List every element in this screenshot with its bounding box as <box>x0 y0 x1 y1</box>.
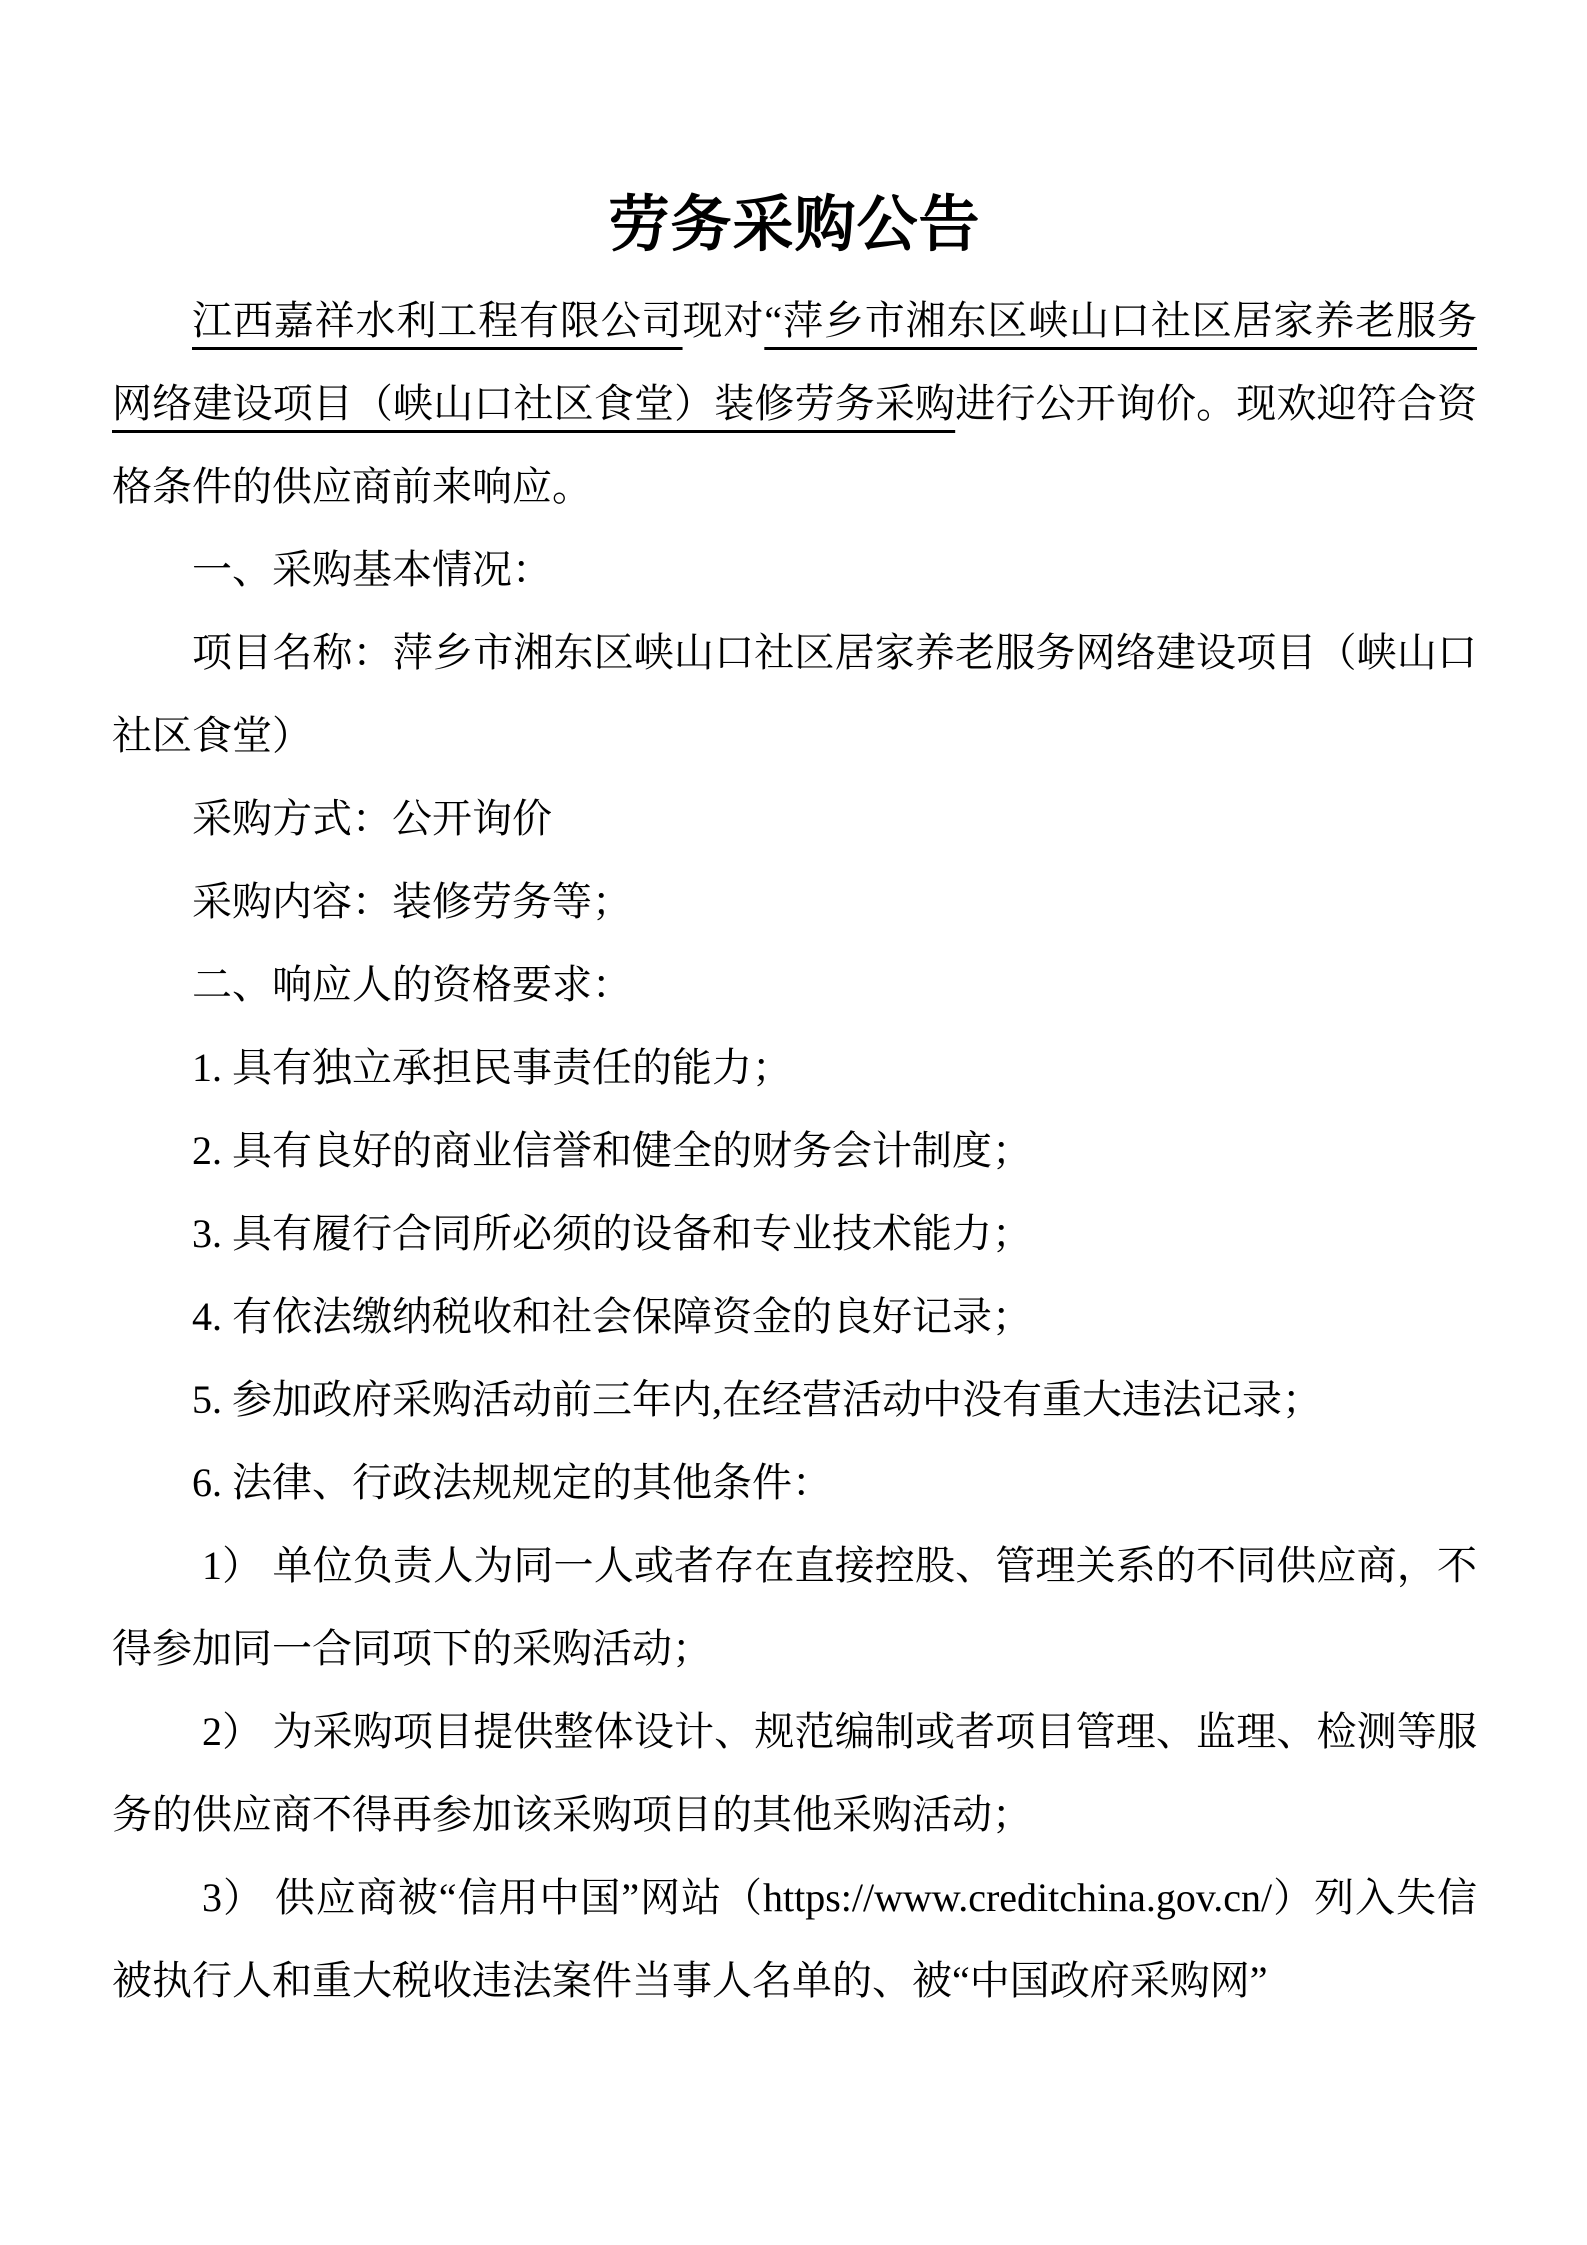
requirement-subitem-1: 1） 单位负责人为同一人或者存在直接控股、管理关系的不同供应商，不得参加同一合同… <box>112 1524 1477 1690</box>
document-content: 劳务采购公告 江西嘉祥水利工程有限公司现对“萍乡市湘东区峡山口社区居家养老服务网… <box>112 193 1477 2022</box>
requirement-item-1: 1. 具有独立承担民事责任的能力； <box>112 1026 1477 1109</box>
section1-content: 采购内容：装修劳务等； <box>112 860 1477 943</box>
requirement-item-2: 2. 具有良好的商业信誉和健全的财务会计制度； <box>112 1109 1477 1192</box>
section2-heading: 二、响应人的资格要求： <box>112 943 1477 1026</box>
section1-heading: 一、采购基本情况： <box>112 528 1477 611</box>
intro-connector: 现对 <box>683 298 765 343</box>
intro-paragraph: 江西嘉祥水利工程有限公司现对“萍乡市湘东区峡山口社区居家养老服务网络建设项目（峡… <box>112 279 1477 528</box>
requirement-item-3: 3. 具有履行合同所必须的设备和专业技术能力； <box>112 1192 1477 1275</box>
requirement-item-4: 4. 有依法缴纳税收和社会保障资金的良好记录； <box>112 1275 1477 1358</box>
requirement-item-6: 6. 法律、行政法规规定的其他条件： <box>112 1441 1477 1524</box>
requirement-subitem-2: 2） 为采购项目提供整体设计、规范编制或者项目管理、监理、检测等服务的供应商不得… <box>112 1690 1477 1856</box>
section1-method: 采购方式：公开询价 <box>112 777 1477 860</box>
requirement-item-5: 5. 参加政府采购活动前三年内,在经营活动中没有重大违法记录； <box>112 1358 1477 1441</box>
requirement-subitem-3: 3） 供应商被“信用中国”网站（https://www.creditchina.… <box>112 1856 1477 2022</box>
section1-project-name: 项目名称：萍乡市湘东区峡山口社区居家养老服务网络建设项目（峡山口社区食堂） <box>112 611 1477 777</box>
intro-company-underlined: 江西嘉祥水利工程有限公司 <box>192 298 683 343</box>
document-page: 劳务采购公告 江西嘉祥水利工程有限公司现对“萍乡市湘东区峡山口社区居家养老服务网… <box>0 0 1587 2245</box>
document-title: 劳务采购公告 <box>112 193 1477 259</box>
